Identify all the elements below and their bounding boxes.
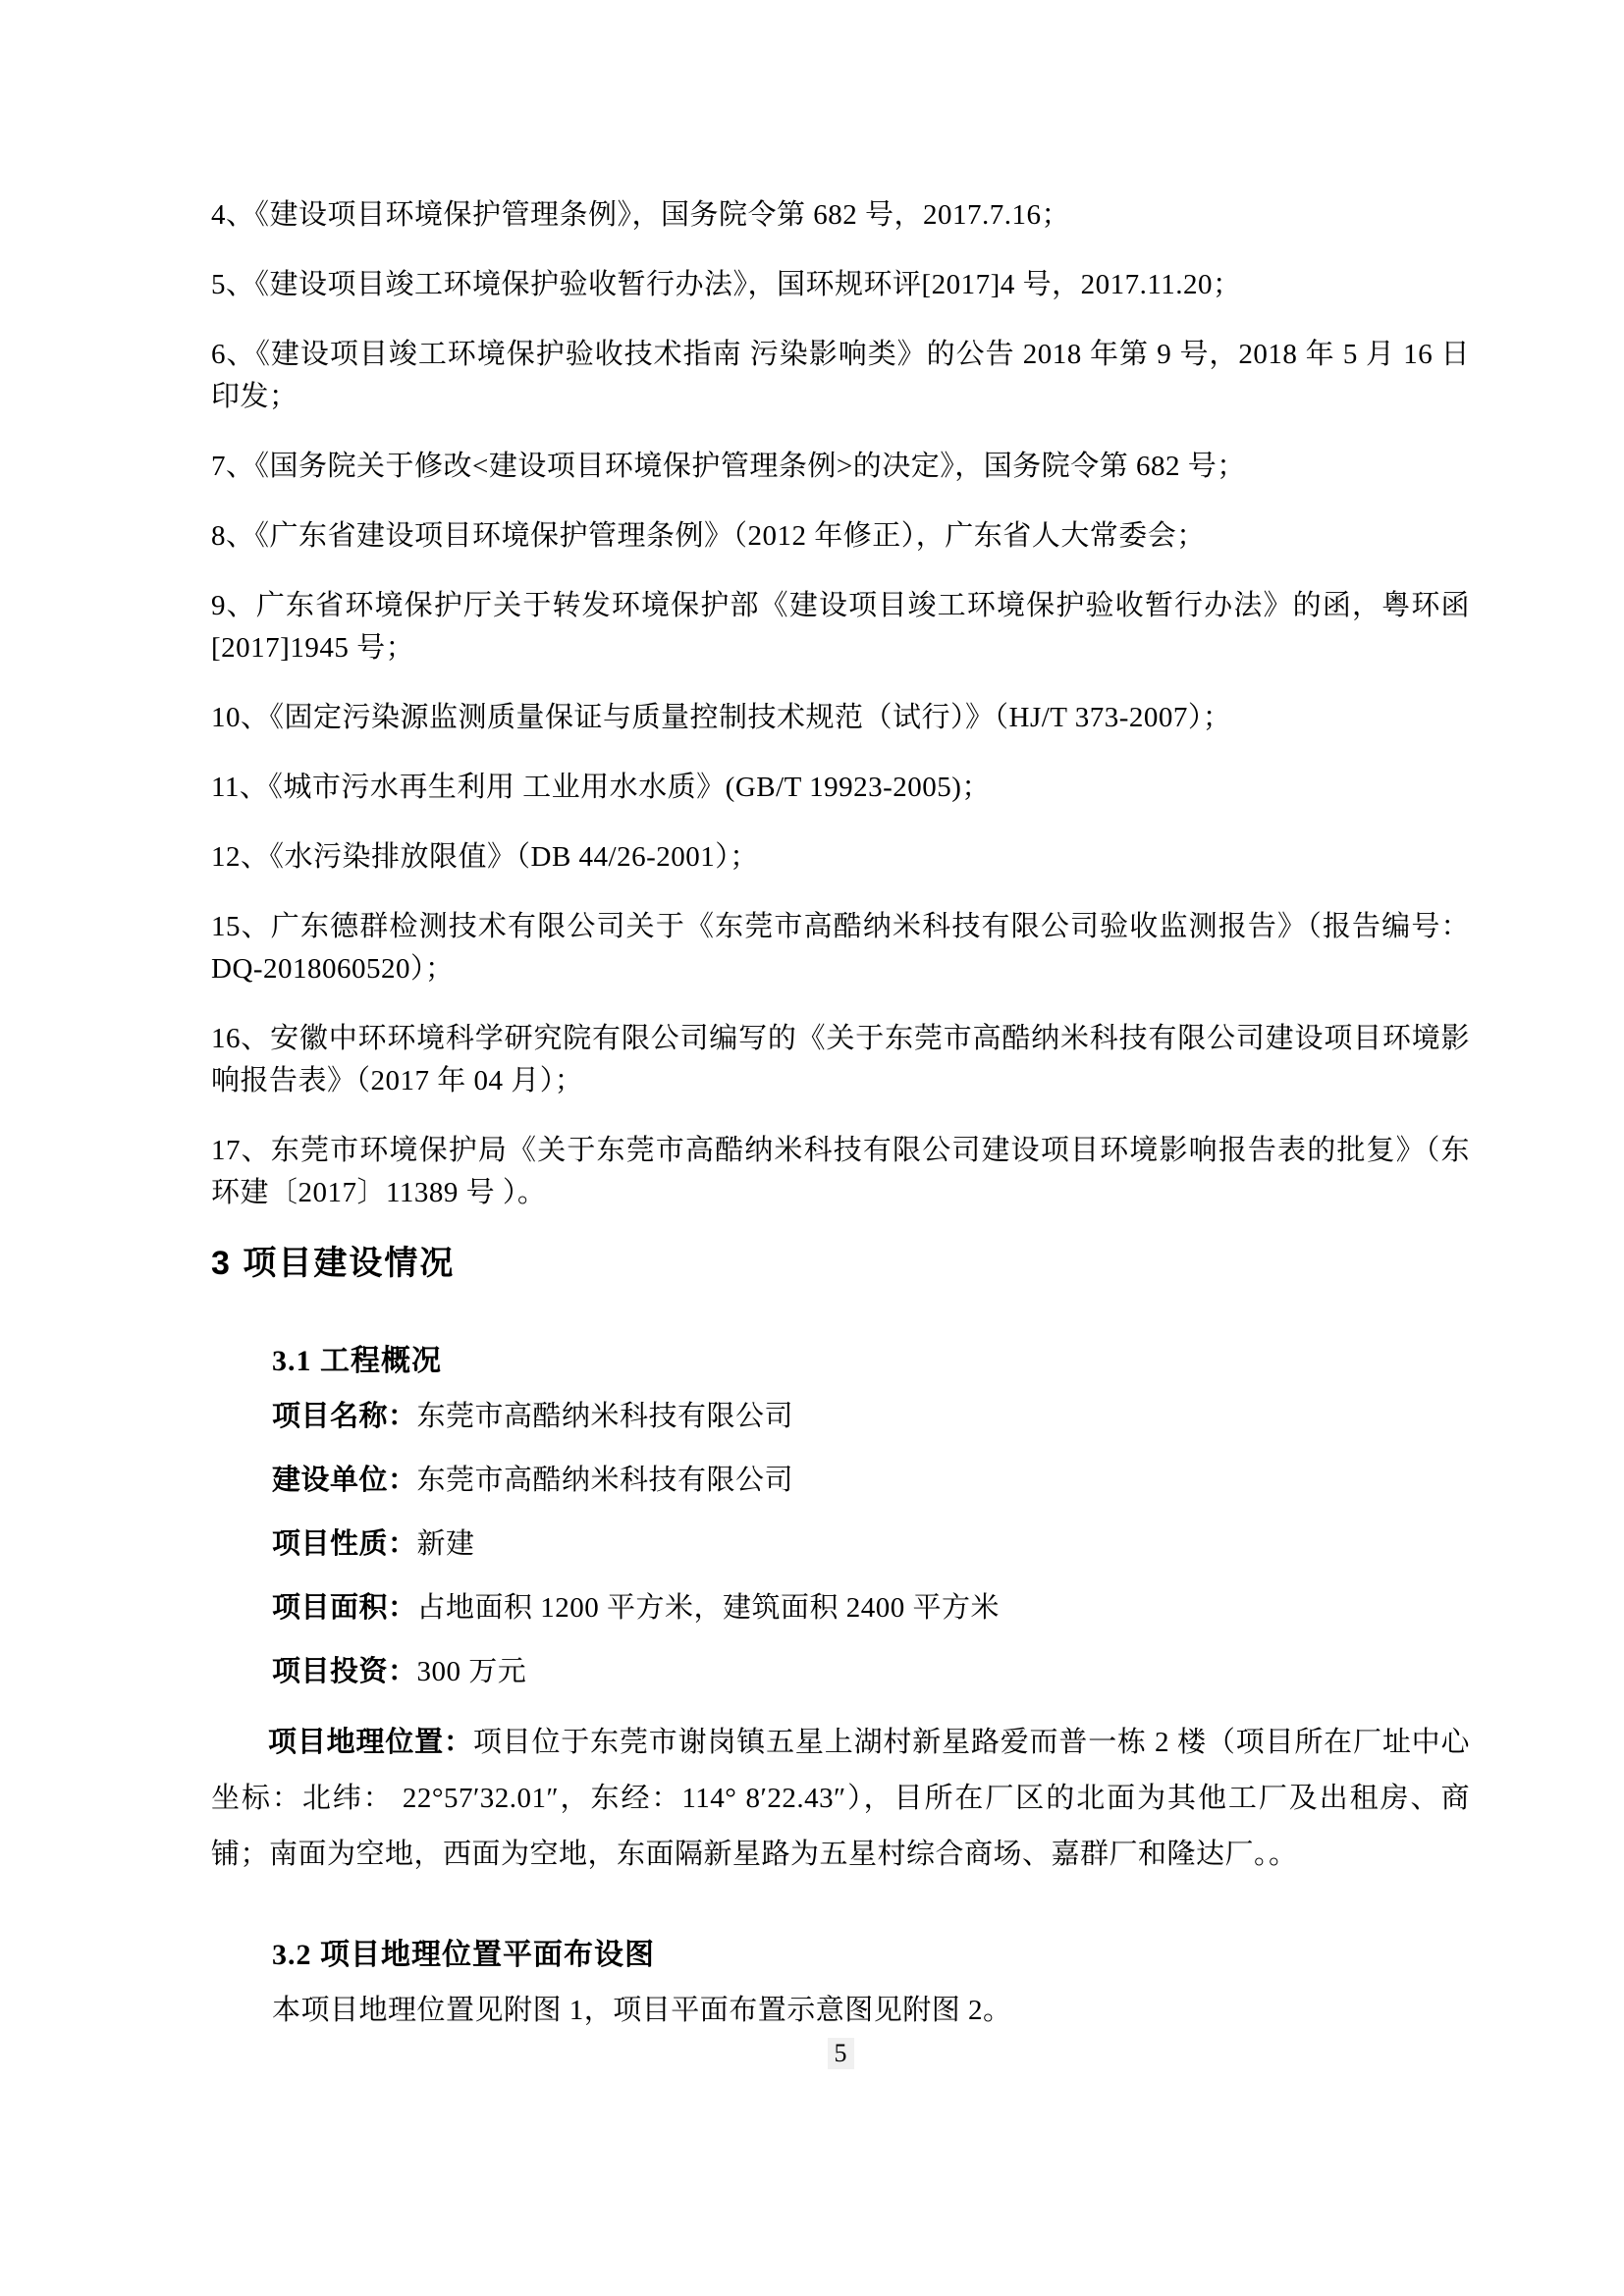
field-construction-unit-label: 建设单位： [272, 1465, 417, 1496]
section-3-2-title: 3.2 项目地理位置平面布设图 [272, 1934, 1470, 1976]
section-3-2-body: 本项目地理位置见附图 1，项目平面布置示意图见附图 2。 [272, 1990, 1470, 2032]
reference-item-8: 8、《广东省建设项目环境保护管理条例》（2012 年修正），广东省人大常委会； [211, 515, 1470, 558]
field-project-name: 项目名称：东莞市高酷纳米科技有限公司 [272, 1396, 1470, 1438]
reference-item-4: 4、《建设项目环境保护管理条例》，国务院令第 682 号，2017.7.16； [211, 194, 1470, 237]
page-content: 4、《建设项目环境保护管理条例》，国务院令第 682 号，2017.7.16； … [211, 194, 1470, 2032]
section-3-2: 3.2 项目地理位置平面布设图 本项目地理位置见附图 1，项目平面布置示意图见附… [272, 1934, 1470, 2032]
reference-item-10: 10、《固定污染源监测质量保证与质量控制技术规范（试行）》（HJ/T 373-2… [211, 697, 1470, 739]
field-project-nature: 项目性质：新建 [272, 1523, 1470, 1566]
field-project-nature-label: 项目性质： [272, 1528, 417, 1560]
reference-item-12: 12、《水污染排放限值》（DB 44/26-2001）； [211, 836, 1470, 879]
project-location-paragraph: 项目地理位置：项目位于东莞市谢岗镇五星上湖村新星路爱而普一栋 2 楼（项目所在厂… [211, 1715, 1470, 1883]
page-footer: 5 [211, 2038, 1470, 2069]
field-project-investment: 项目投资：300 万元 [272, 1651, 1470, 1693]
section-3-1-title: 3.1 工程概况 [272, 1340, 1470, 1382]
field-project-investment-value: 300 万元 [417, 1656, 527, 1687]
field-project-area-value: 占地面积 1200 平方米，建筑面积 2400 平方米 [417, 1592, 1001, 1624]
field-project-name-label: 项目名称： [272, 1401, 417, 1432]
document-page: 4、《建设项目环境保护管理条例》，国务院令第 682 号，2017.7.16； … [0, 0, 1624, 2296]
reference-item-17: 17、东莞市环境保护局《关于东莞市高酷纳米科技有限公司建设项目环境影响报告表的批… [211, 1130, 1470, 1214]
reference-item-5: 5、《建设项目竣工环境保护验收暂行办法》，国环规环评[2017]4 号，2017… [211, 264, 1470, 306]
field-project-area: 项目面积：占地面积 1200 平方米，建筑面积 2400 平方米 [272, 1587, 1470, 1629]
field-construction-unit-value: 东莞市高酷纳米科技有限公司 [417, 1465, 794, 1496]
reference-item-7: 7、《国务院关于修改<建设项目环境保护管理条例>的决定》，国务院令第 682 号… [211, 446, 1470, 488]
reference-item-9: 9、广东省环境保护厅关于转发环境保护部《建设项目竣工环境保护验收暂行办法》的函，… [211, 585, 1470, 669]
field-project-name-value: 东莞市高酷纳米科技有限公司 [417, 1401, 794, 1432]
field-construction-unit: 建设单位：东莞市高酷纳米科技有限公司 [272, 1460, 1470, 1502]
section-3-1: 3.1 工程概况 项目名称：东莞市高酷纳米科技有限公司 建设单位：东莞市高酷纳米… [272, 1340, 1470, 1693]
field-project-investment-label: 项目投资： [272, 1656, 417, 1687]
reference-item-11: 11、《城市污水再生利用 工业用水水质》(GB/T 19923-2005)； [211, 767, 1470, 809]
page-number: 5 [828, 2038, 854, 2069]
section-3-title: 3 项目建设情况 [211, 1242, 1470, 1285]
reference-item-16: 16、安徽中环环境科学研究院有限公司编写的《关于东莞市高酷纳米科技有限公司建设项… [211, 1018, 1470, 1102]
project-location-label: 项目地理位置： [268, 1727, 473, 1758]
field-project-area-label: 项目面积： [272, 1592, 417, 1624]
reference-item-15: 15、广东德群检测技术有限公司关于《东莞市高酷纳米科技有限公司验收监测报告》（报… [211, 906, 1470, 990]
field-project-nature-value: 新建 [417, 1528, 475, 1560]
reference-item-6: 6、《建设项目竣工环境保护验收技术指南 污染影响类》的公告 2018 年第 9 … [211, 334, 1470, 418]
